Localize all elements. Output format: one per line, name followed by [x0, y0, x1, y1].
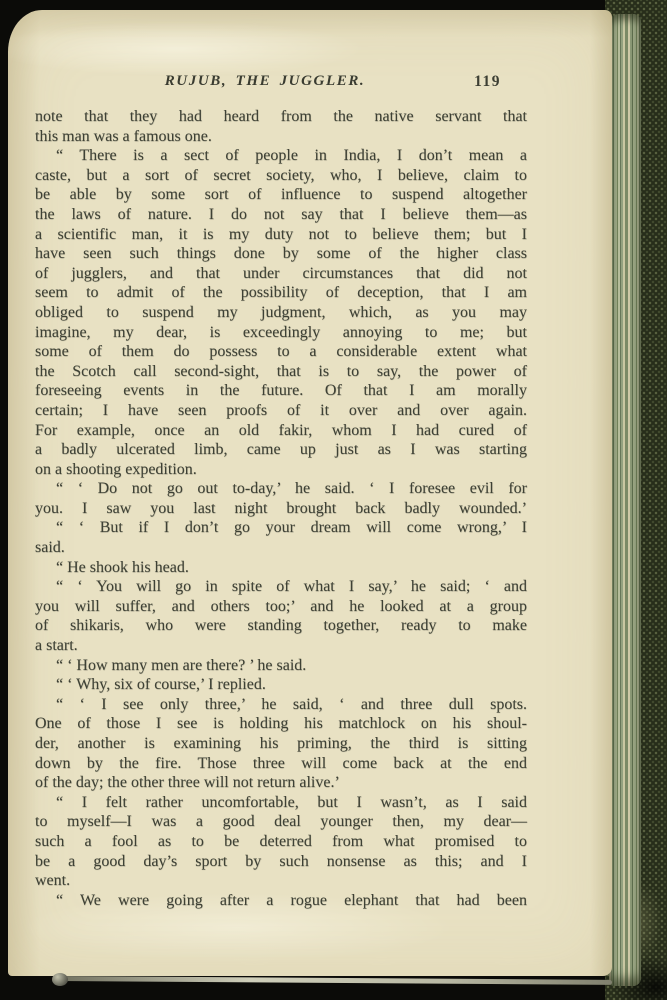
running-header: RUJUB, THE JUGGLER. 119: [35, 73, 527, 95]
text-line: “ There is a sect of people in India, I …: [35, 146, 527, 166]
text-line: imagine, my dear, is exceedingly annoyin…: [35, 323, 527, 343]
text-line: “ ‘ But if I don’t go your dream will co…: [35, 518, 527, 538]
text-line: caste, but a sort of secret society, who…: [35, 166, 527, 186]
text-line: the Scotch call second-sight, that is to…: [35, 362, 527, 382]
text-line: a badly ulcerated limb, came up just as …: [35, 440, 527, 460]
text-line: “ ‘ Do not go out to-day,’ he said. ‘ I …: [35, 479, 527, 499]
text-line: der, another is examining his priming, t…: [35, 734, 527, 754]
text-line: this man was a famous one.: [35, 127, 527, 147]
text-line: “ ‘ I see only three,’ he said, ‘ and th…: [35, 695, 527, 715]
text-line: “ He shook his head.: [35, 558, 527, 578]
text-line: “ ‘ You will go in spite of what I say,’…: [35, 577, 527, 597]
text-line: be able by some sort of influence to sus…: [35, 185, 527, 205]
text-line: a start.: [35, 636, 527, 656]
text-line: certain; I have seen proofs of it over a…: [35, 401, 527, 421]
text-line: For example, once an old fakir, whom I h…: [35, 421, 527, 441]
text-line: be a good day’s sport by such nonsense a…: [35, 852, 527, 872]
text-line: a scientific man, it is my duty not to b…: [35, 225, 527, 245]
text-line: to myself—I was a good deal younger then…: [35, 812, 527, 832]
text-line: of jugglers, and that under circumstance…: [35, 264, 527, 284]
running-title: RUJUB, THE JUGGLER.: [19, 73, 511, 90]
text-line: “ ‘ Why, six of course,’ I replied.: [35, 675, 527, 695]
scanner-cradle-clip: [52, 973, 68, 986]
text-line: seem to admit of the possibility of dece…: [35, 283, 527, 303]
scanner-cradle-edge: [56, 976, 612, 985]
text-line: you. I saw you last night brought back b…: [35, 499, 527, 519]
text-line: have seen such things done by some of th…: [35, 244, 527, 264]
text-line: note that they had heard from the native…: [35, 107, 527, 127]
text-line: “ We were going after a rogue elephant t…: [35, 891, 527, 911]
text-line: One of those I see is holding his matchl…: [35, 714, 527, 734]
text-line: you will suffer, and others too;’ and he…: [35, 597, 527, 617]
body-text: note that they had heard from the native…: [35, 107, 527, 910]
book-page: RUJUB, THE JUGGLER. 119 note that they h…: [8, 10, 612, 976]
text-line: the laws of nature. I do not say that I …: [35, 205, 527, 225]
text-line: “ ‘ How many men are there? ’ he said.: [35, 656, 527, 676]
text-line: on a shooting expedition.: [35, 460, 527, 480]
text-line: some of them do possess to a considerabl…: [35, 342, 527, 362]
page-number: 119: [474, 73, 501, 91]
text-line: “ I felt rather uncomfortable, but I was…: [35, 793, 527, 813]
text-line: obliged to suspend my judgment, which, a…: [35, 303, 527, 323]
text-line: of shikaris, who were standing together,…: [35, 616, 527, 636]
text-line: down by the fire. Those three will come …: [35, 754, 527, 774]
scanned-book-photo: RUJUB, THE JUGGLER. 119 note that they h…: [0, 0, 667, 1000]
text-line: went.: [35, 871, 527, 891]
page-fore-edges: [609, 14, 641, 986]
text-line: of the day; the other three will not ret…: [35, 773, 527, 793]
text-line: said.: [35, 538, 527, 558]
text-line: foreseeing events in the future. Of that…: [35, 381, 527, 401]
text-line: such a fool as to be deterred from what …: [35, 832, 527, 852]
